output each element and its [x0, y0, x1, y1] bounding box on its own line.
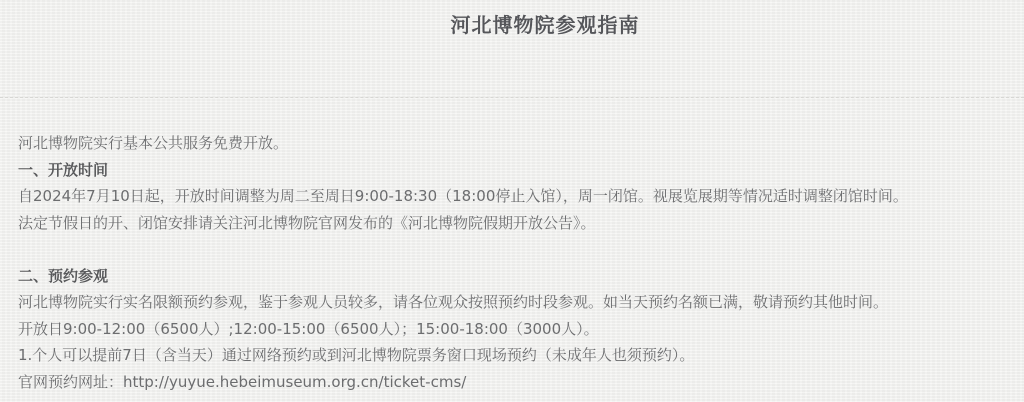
- reservation-url-link[interactable]: http://yuyue.hebeimuseum.org.cn/ticket-c…: [123, 373, 466, 391]
- section-heading-reservation: 二、预约参观: [18, 263, 1024, 290]
- reservation-url-label: 官网预约网址：: [18, 373, 123, 391]
- reservation-policy-line: 河北博物院实行实名限额预约参观，鉴于参观人员较多，请各位观众按照预约时段参观。如…: [18, 289, 1024, 316]
- intro-line: 河北博物院实行基本公共服务免费开放。: [18, 130, 1024, 157]
- article-body: 河北博物院实行基本公共服务免费开放。 一、开放时间 自2024年7月10日起，开…: [18, 130, 1024, 395]
- reservation-quota-line: 开放日9:00-12:00（6500人）;12:00-15:00（6500人）；…: [18, 316, 1024, 343]
- holiday-notice-line: 法定节假日的开、闭馆安排请关注河北博物院官网发布的《河北博物院假期开放公告》。: [18, 210, 1024, 237]
- page-title: 河北博物院参观指南: [0, 9, 1024, 38]
- opening-hours-line: 自2024年7月10日起，开放时间调整为周二至周日9:00-18:30（18:0…: [18, 183, 1024, 210]
- reservation-method-line: 1.个人可以提前7日（含当天）通过网络预约或到河北博物院票务窗口现场预约（未成年…: [18, 342, 1024, 369]
- reservation-url-line: 官网预约网址：http://yuyue.hebeimuseum.org.cn/t…: [18, 369, 1024, 396]
- section-heading-opening-hours: 一、开放时间: [18, 157, 1024, 184]
- divider: [0, 97, 1024, 98]
